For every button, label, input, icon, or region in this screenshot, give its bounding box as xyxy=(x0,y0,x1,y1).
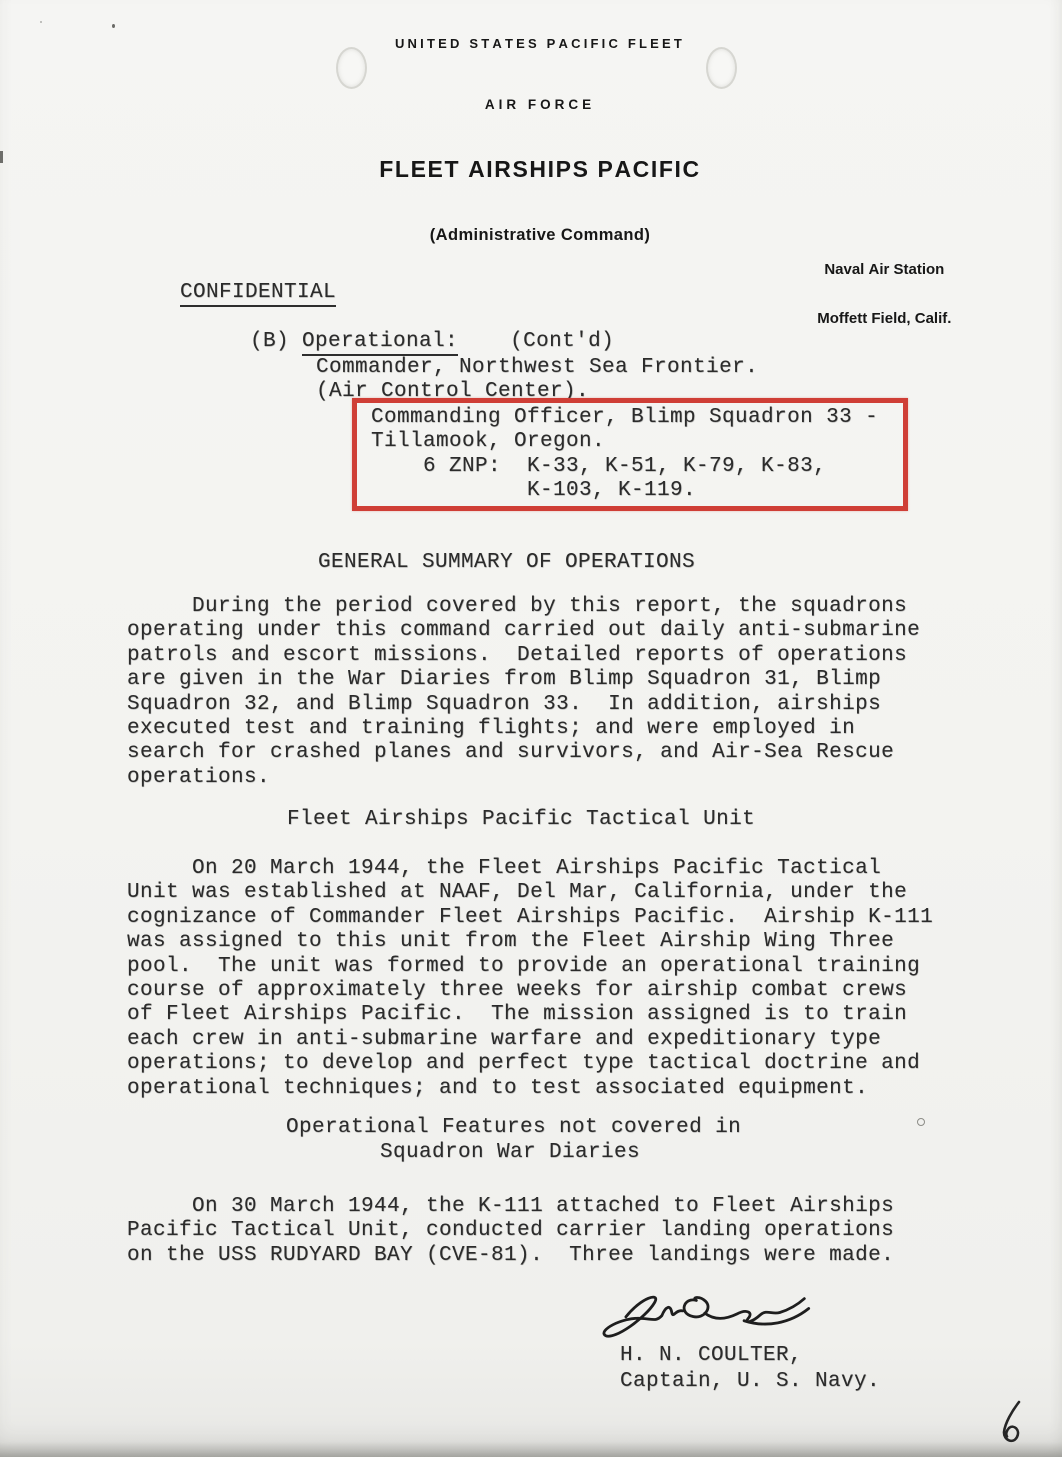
features-heading-line2: Squadron War Diaries xyxy=(380,1141,640,1165)
letterhead-airforce-line: AIR FORCE xyxy=(0,97,1062,112)
station-address: Naval Air Station Moffett Field, Calif. xyxy=(776,233,976,356)
letterhead-fleet-line: UNITED STATES PACIFIC FLEET xyxy=(0,36,1062,51)
signer-name: H. N. COULTER, xyxy=(620,1344,802,1368)
scan-bottom-shadow xyxy=(0,1442,1062,1457)
features-paragraph: On 30 March 1944, the K-111 attached to … xyxy=(127,1195,894,1268)
section-title: Operational: xyxy=(302,330,458,356)
tactical-unit-heading: Fleet Airships Pacific Tactical Unit xyxy=(287,808,755,832)
signer-title: Captain, U. S. Navy. xyxy=(620,1370,880,1394)
letterhead-command-title: FLEET AIRSHIPS PACIFIC xyxy=(0,156,1062,183)
station-line2: Moffett Field, Calif. xyxy=(817,310,951,327)
section-label: (B) xyxy=(250,330,302,353)
features-heading-line1: Operational Features not covered in xyxy=(286,1116,741,1140)
station-line1: Naval Air Station xyxy=(824,261,944,278)
general-summary-heading: GENERAL SUMMARY OF OPERATIONS xyxy=(318,551,695,575)
tactical-unit-paragraph: On 20 March 1944, the Fleet Airships Pac… xyxy=(127,857,933,1101)
document-page: UNITED STATES PACIFIC FLEET AIR FORCE FL… xyxy=(0,0,1062,1457)
general-summary-paragraph: During the period covered by this report… xyxy=(127,595,920,790)
scan-ring-artifact xyxy=(917,1118,925,1126)
highlighted-squadron-text: Commanding Officer, Blimp Squadron 33 - … xyxy=(371,406,878,504)
highlight-annotation-box: Commanding Officer, Blimp Squadron 33 - … xyxy=(352,398,908,511)
section-suffix: (Cont'd) xyxy=(458,330,614,353)
